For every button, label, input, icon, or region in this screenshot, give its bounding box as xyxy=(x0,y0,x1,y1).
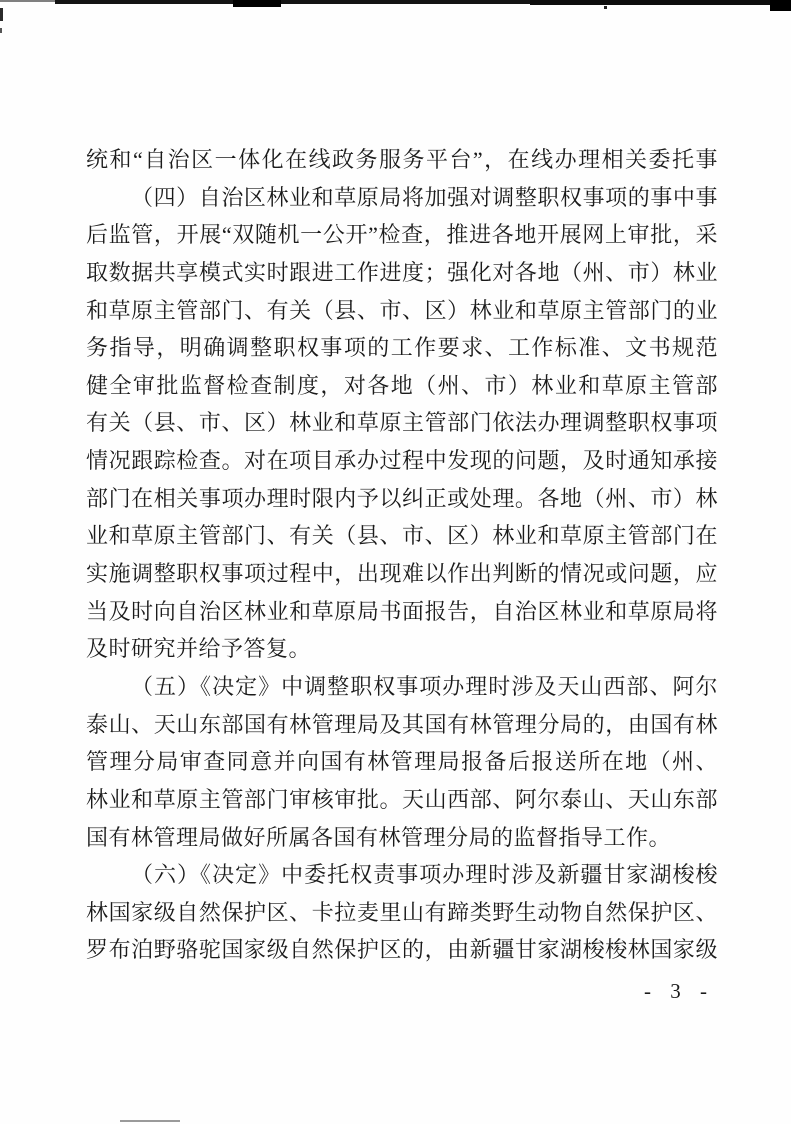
text-line: 罗布泊野骆驼国家级自然保护区的，由新疆甘家湖梭梭林国家级 xyxy=(86,931,718,969)
text-line: 实施调整职权事项过程中，出现难以作出判断的情况或问题，应 xyxy=(86,555,718,593)
text-line: 林业和草原主管部门审核审批。天山西部、阿尔泰山、天山东部 xyxy=(86,781,718,819)
text-line: 统和“自治区一体化在线政务服务平台”，在线办理相关委托事项。 xyxy=(86,141,718,179)
scan-artifact-top-band xyxy=(233,0,281,7)
text-line: 及时研究并给予答复。 xyxy=(86,630,718,668)
text-line: 务指导，明确调整职权事项的工作要求、工作标准、文书规范等； xyxy=(86,329,718,367)
text-line: 业和草原主管部门、有关（县、市、区）林业和草原主管部门在 xyxy=(86,517,718,555)
text-line: 取数据共享模式实时跟进工作进度；强化对各地（州、市）林业 xyxy=(86,254,718,292)
scan-artifact-top-band xyxy=(530,0,791,5)
text-line: 后监管，开展“双随机一公开”检查，推进各地开展网上审批，采 xyxy=(86,216,718,254)
text-line: 健全审批监督检查制度，对各地（州、市）林业和草原主管部门、 xyxy=(86,367,718,405)
text-line: 国有林管理局做好所属各国有林管理分局的监督指导工作。 xyxy=(86,819,718,857)
text-line: 和草原主管部门、有关（县、市、区）林业和草原主管部门的业 xyxy=(86,292,718,330)
text-line: 当及时向自治区林业和草原局书面报告，自治区林业和草原局将 xyxy=(86,593,718,631)
text-line: 有关（县、市、区）林业和草原主管部门依法办理调整职权事项 xyxy=(86,404,718,442)
scan-artifact-bottom-line xyxy=(120,1120,180,1122)
document-page: 统和“自治区一体化在线政务服务平台”，在线办理相关委托事项。 （四）自治区林业和… xyxy=(0,0,791,1124)
scan-artifact-corner xyxy=(770,0,791,11)
text-line: （六）《决定》中委托权责事项办理时涉及新疆甘家湖梭梭 xyxy=(86,856,718,894)
text-line: 泰山、天山东部国有林管理局及其国有林管理分局的，由国有林 xyxy=(86,706,718,744)
text-line: （五）《决定》中调整职权事项办理时涉及天山西部、阿尔 xyxy=(86,668,718,706)
text-line: （四）自治区林业和草原局将加强对调整职权事项的事中事 xyxy=(86,179,718,217)
document-body: 统和“自治区一体化在线政务服务平台”，在线办理相关委托事项。 （四）自治区林业和… xyxy=(86,141,718,969)
text-line: 部门在相关事项办理时限内予以纠正或处理。各地（州、市）林 xyxy=(86,480,718,518)
scan-artifact-speck xyxy=(604,6,607,9)
page-number: - 3 - xyxy=(644,979,713,1004)
text-line: 林国家级自然保护区、卡拉麦里山有蹄类野生动物自然保护区、 xyxy=(86,894,718,932)
scan-artifact-left-edge xyxy=(0,8,3,21)
text-line: 情况跟踪检查。对在项目承办过程中发现的问题，及时通知承接 xyxy=(86,442,718,480)
text-line: 管理分局审查同意并向国有林管理局报备后报送所在地（州、市） xyxy=(86,743,718,781)
scan-artifact-left-edge xyxy=(0,28,2,33)
